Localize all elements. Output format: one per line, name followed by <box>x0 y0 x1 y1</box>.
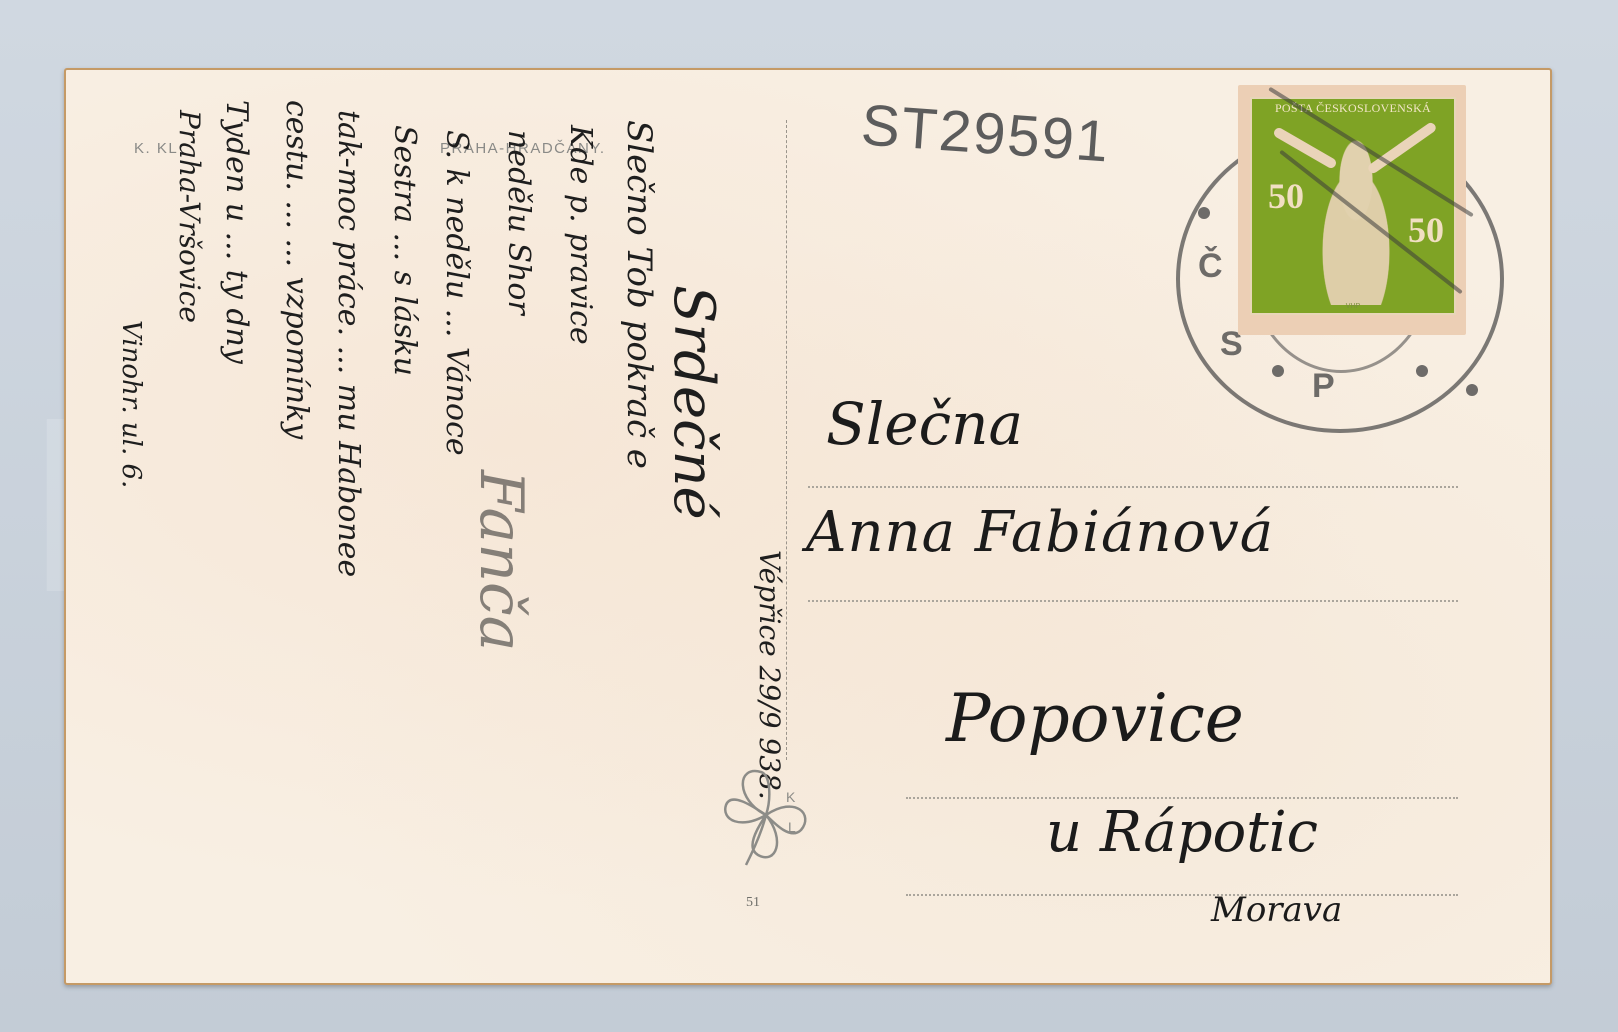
center-divider <box>786 120 787 760</box>
stamp-value-left: 50 <box>1268 175 1304 217</box>
address-locality: u Rápotic <box>1046 800 1318 865</box>
svg-text:K: K <box>786 789 796 805</box>
address-name: Anna Fabiánová <box>806 500 1274 565</box>
address-rule <box>906 894 1458 896</box>
address-salutation: Slečna <box>826 390 1023 458</box>
address-rule <box>808 486 1458 488</box>
postmark-star <box>1272 365 1284 377</box>
address-region: Morava <box>1211 890 1342 930</box>
card-number: 51 <box>746 895 760 911</box>
message-signature: Fanča <box>466 470 536 651</box>
address-rule <box>906 797 1458 799</box>
stamp-header: POŠTA ČESKOSLOVENSKÁ <box>1252 101 1454 116</box>
message-line: Srdečné <box>661 285 726 520</box>
postcard: K. KL PRAHA-HRADČANY. Praha-Vršovice Tyd… <box>64 68 1552 985</box>
message-line: Tyden u ... ty dny <box>219 100 254 364</box>
message-line: Praha-Vršovice <box>173 110 206 323</box>
postmark-letter: P <box>1312 367 1335 406</box>
address-town: Popovice <box>946 680 1244 757</box>
svg-text:L: L <box>788 819 796 835</box>
message-line: Slečno Tob pokrač e <box>619 120 659 469</box>
message-line: Kde p. pravice <box>563 125 598 345</box>
inventory-code: ST29591 <box>859 91 1112 175</box>
publisher-clover-logo-icon: K L <box>716 760 816 870</box>
message-line: Vinohr. ul. 6. <box>116 320 146 488</box>
postmark-star <box>1198 207 1210 219</box>
message-line: S. k nedělu ... Vánoce <box>439 130 474 456</box>
address-rule <box>808 600 1458 602</box>
stamp-imprint: VHP <box>1252 303 1454 310</box>
postmark-letter: Č <box>1198 247 1223 286</box>
postmark-star <box>1416 365 1428 377</box>
message-line: nedělu Shor <box>501 130 536 315</box>
stamp-value-right: 50 <box>1408 209 1444 251</box>
message-line: tak-moc práce. ... mu Habonee <box>331 110 366 577</box>
postmark-star <box>1466 384 1478 396</box>
publisher-mark: K. KL <box>134 140 178 157</box>
message-line: cestu. ... ... vzpomínky <box>279 100 314 439</box>
message-line: Sestra ... s lásku <box>387 125 422 376</box>
